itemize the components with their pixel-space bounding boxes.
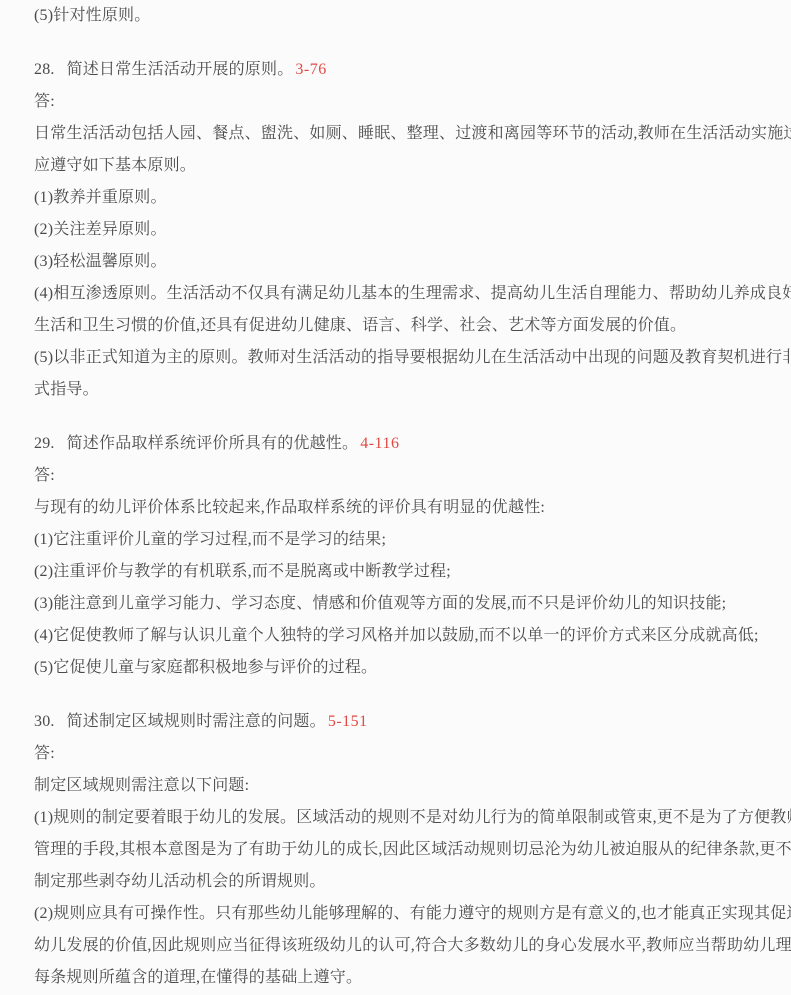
text-line: (5)针对性原则。	[34, 0, 763, 32]
question-number: 28.	[34, 54, 55, 86]
text-line: 管理的手段,其根本意图是为了有助于幼儿的成长,因此区域活动规则切忌沦为幼儿被迫服…	[34, 834, 763, 866]
text-line: (4)相互渗透原则。生活活动不仅具有满足幼儿基本的生理需求、提高幼儿生活自理能力…	[34, 278, 763, 310]
text-line: (4)它促使教师了解与认识儿童个人独特的学习风格并加以鼓励,而不以单一的评价方式…	[34, 620, 763, 652]
page-reference: 5-151	[328, 713, 368, 730]
text-line: 幼儿发展的价值,因此规则应当征得该班级幼儿的认可,符合大多数幼儿的身心发展水平,…	[34, 930, 763, 962]
text-line: (1)它注重评价儿童的学习过程,而不是学习的结果;	[34, 524, 763, 556]
text-line: (2)注重评价与教学的有机联系,而不是脱离或中断教学过程;	[34, 556, 763, 588]
question-text: 简述制定区域规则时需注意的问题。	[67, 713, 326, 730]
text-line: (5)以非正式知道为主的原则。教师对生活活动的指导要根据幼儿在生活活动中出现的问…	[34, 342, 763, 374]
text-line: (3)能注意到儿童学习能力、学习态度、情感和价值观等方面的发展,而不只是评价幼儿…	[34, 588, 763, 620]
text-line: 式指导。	[34, 374, 763, 406]
text-line: 答:	[34, 460, 763, 492]
text-line: (5)它促使儿童与家庭都积极地参与评价的过程。	[34, 652, 763, 684]
text-line: 每条规则所蕴含的道理,在懂得的基础上遵守。	[34, 962, 763, 994]
text-line: 制定那些剥夺幼儿活动机会的所谓规则。	[34, 866, 763, 898]
text-line: 生活和卫生习惯的价值,还具有促进幼儿健康、语言、科学、社会、艺术等方面发展的价值…	[34, 310, 763, 342]
text-line: 答:	[34, 86, 763, 118]
question-number: 29.	[34, 428, 55, 460]
text-line: (3)轻松温馨原则。	[34, 246, 763, 278]
page-reference: 4-116	[360, 435, 399, 452]
text-line: 制定区域规则需注意以下问题:	[34, 770, 763, 802]
text-line: (2)关注差异原则。	[34, 214, 763, 246]
question-heading: 28.简述日常生活活动开展的原则。3-76	[34, 54, 763, 86]
text-line: 应遵守如下基本原则。	[34, 150, 763, 182]
question-text: 简述作品取样系统评价所具有的优越性。	[67, 435, 359, 452]
text-line: (1)教养并重原则。	[34, 182, 763, 214]
text-line: (2)规则应具有可操作性。只有那些幼儿能够理解的、有能力遵守的规则方是有意义的,…	[34, 898, 763, 930]
question-heading: 29.简述作品取样系统评价所具有的优越性。4-116	[34, 428, 763, 460]
text-line: 日常生活活动包括人园、餐点、盥洗、如厕、睡眠、整理、过渡和离园等环节的活动,教师…	[34, 118, 763, 150]
question-heading: 30.简述制定区域规则时需注意的问题。5-151	[34, 706, 763, 738]
page-reference: 3-76	[295, 61, 326, 78]
question-text: 简述日常生活活动开展的原则。	[67, 61, 294, 78]
document-page: (5)针对性原则。28.简述日常生活活动开展的原则。3-76答:日常生活活动包括…	[0, 0, 791, 995]
text-line: 与现有的幼儿评价体系比较起来,作品取样系统的评价具有明显的优越性:	[34, 492, 763, 524]
text-line: (1)规则的制定要着眼于幼儿的发展。区域活动的规则不是对幼儿行为的简单限制或管束…	[34, 802, 763, 834]
text-line: 答:	[34, 738, 763, 770]
question-number: 30.	[34, 706, 55, 738]
